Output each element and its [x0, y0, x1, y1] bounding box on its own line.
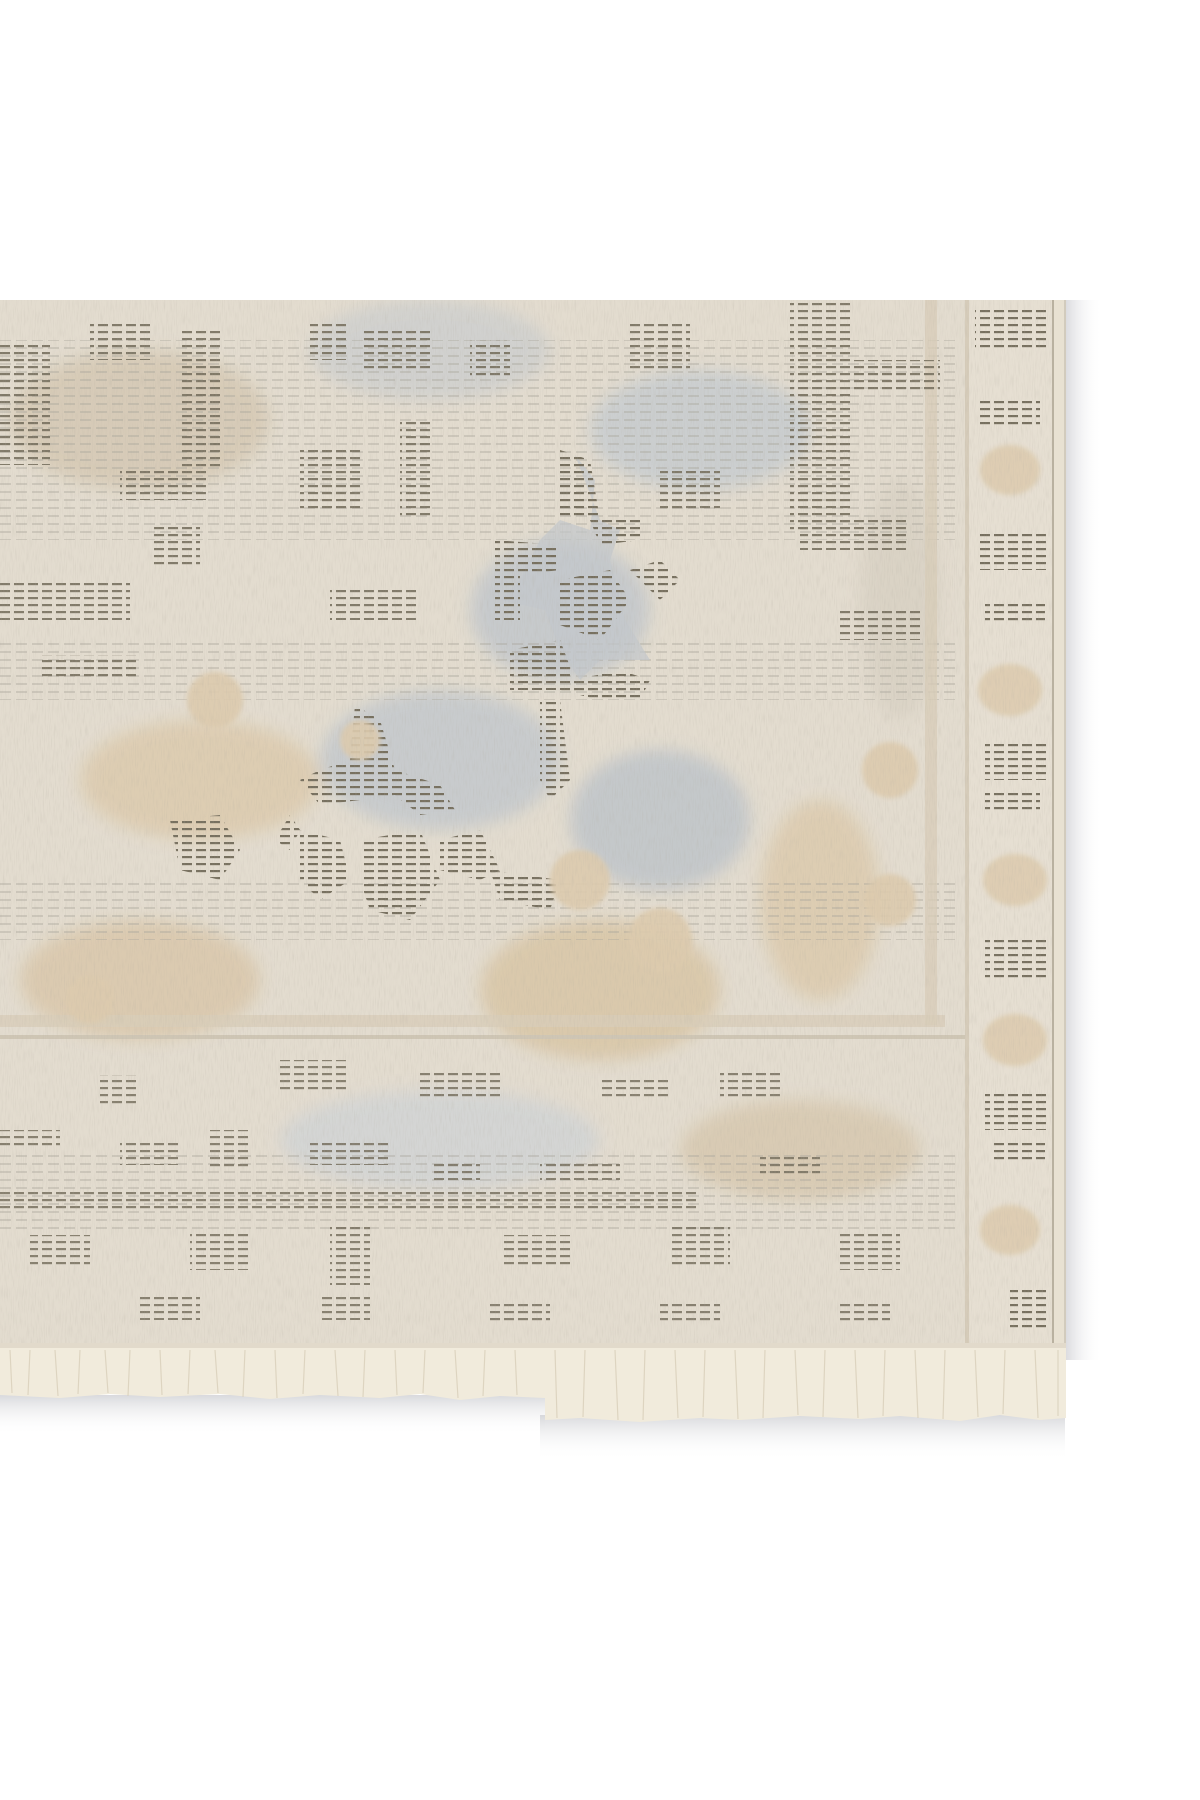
rug-corner-image [0, 0, 1200, 1800]
rug-shadow-right [1062, 300, 1102, 1360]
rug-product-photo [0, 0, 1200, 1800]
rug-pile [0, 300, 1066, 1350]
rug-binding-edge [1052, 300, 1066, 1350]
